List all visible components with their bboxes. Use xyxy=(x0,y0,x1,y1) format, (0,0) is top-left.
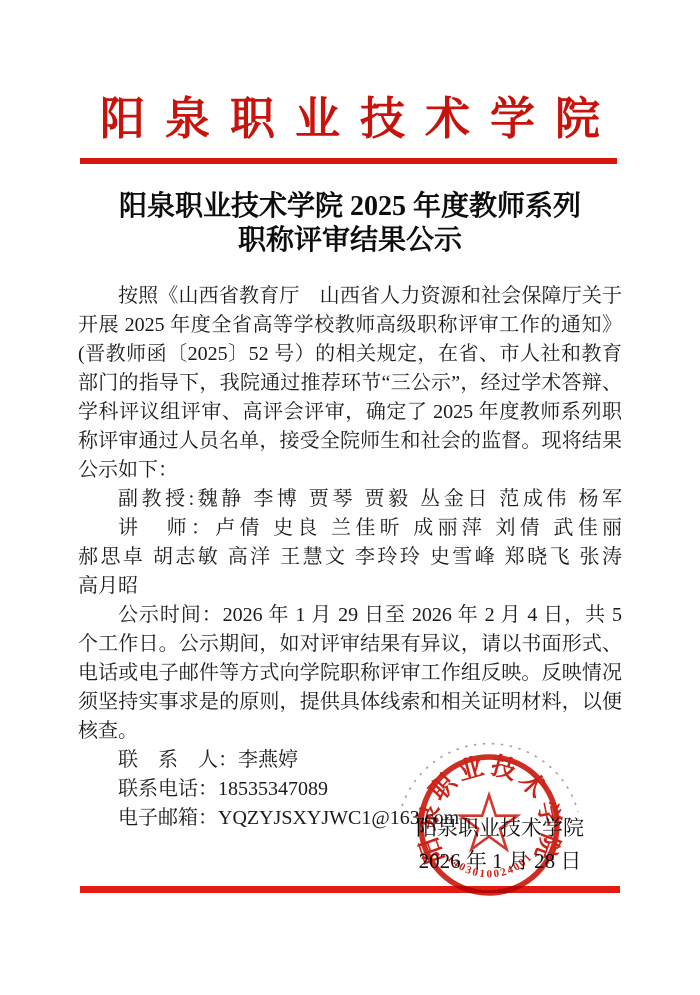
intro-paragraph: 按照《山西省教育厅 山西省人力资源和社会保障厅关于开展 2025 年度全省高等学… xyxy=(78,282,622,485)
lecturer-list-line3: 高月昭 xyxy=(78,572,622,601)
lecturer-list-line1: 讲 师：卢倩 史良 兰佳昕 成丽萍 刘倩 武佳丽 xyxy=(78,514,622,543)
notice-paragraph: 公示时间：2026 年 1 月 29 日至 2026 年 2 月 4 日，共 5… xyxy=(78,601,622,746)
lecturer-list-line2: 郝思卓 胡志敏 高洋 王慧文 李玲玲 史雪峰 郑晓飞 张涛 xyxy=(78,543,622,572)
document-title-line2: 职称评审结果公示 xyxy=(0,224,700,258)
associate-professor-list: 副教授:魏静 李博 贾琴 贾毅 丛金日 范成伟 杨军 xyxy=(78,485,622,514)
contact-phone-line: 联系电话：18535347089 xyxy=(78,775,622,804)
signature-date: 2026 年 1 月 28 日 xyxy=(416,845,584,878)
document-body: 按照《山西省教育厅 山西省人力资源和社会保障厅关于开展 2025 年度全省高等学… xyxy=(78,282,622,833)
contact-person-line: 联 系 人：李燕婷 xyxy=(78,746,622,775)
header-red-rule xyxy=(80,158,617,164)
document-title: 阳泉职业技术学院 2025 年度教师系列 职称评审结果公示 xyxy=(0,190,700,258)
signature-org: 阳泉职业技术学院 xyxy=(416,812,584,845)
footer-red-rule xyxy=(80,886,620,893)
letterhead-title: 阳泉职业技术学院 xyxy=(0,0,700,148)
document-page: 阳泉职业技术学院 阳泉职业技术学院 2025 年度教师系列 职称评审结果公示 按… xyxy=(0,0,700,995)
document-title-line1: 阳泉职业技术学院 2025 年度教师系列 xyxy=(0,190,700,224)
signature-block: 阳泉职业技术学院 2026 年 1 月 28 日 xyxy=(416,812,584,878)
